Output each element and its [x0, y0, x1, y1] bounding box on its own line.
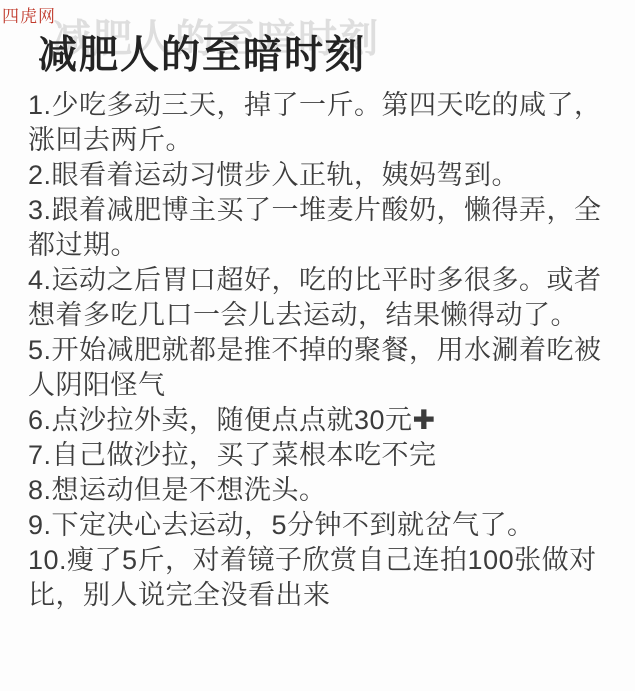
page-title: 减肥人的至暗时刻 — [38, 24, 366, 80]
text-content: 减肥人的至暗时刻 减肥人的至暗时刻 1.少吃多动三天，掉了一斤。第四天吃的咸了，… — [28, 24, 613, 613]
list-item: 1.少吃多动三天，掉了一斤。第四天吃的咸了，涨回去两斤。 — [28, 88, 613, 158]
list-item: 10.瘦了5斤，对着镜子欣赏自己连拍100张做对比，别人说完全没看出来 — [28, 543, 613, 613]
site-watermark: 四虎网 — [2, 7, 56, 27]
list-item: 3.跟着减肥博主买了一堆麦片酸奶，懒得弄，全都过期。 — [28, 193, 613, 263]
list-item: 6.点沙拉外卖，随便点点就30元✚ — [28, 403, 613, 438]
list-item: 5.开始减肥就都是推不掉的聚餐，用水涮着吃被人阴阳怪气 — [28, 333, 613, 403]
list-item: 8.想运动但是不想洗头。 — [28, 473, 613, 508]
title-block: 减肥人的至暗时刻 减肥人的至暗时刻 — [38, 24, 613, 76]
list-item: 9.下定决心去运动，5分钟不到就岔气了。 — [28, 508, 613, 543]
list-item: 7.自己做沙拉，买了菜根本吃不完 — [28, 438, 613, 473]
list-item: 2.眼看着运动习惯步入正轨，姨妈驾到。 — [28, 158, 613, 193]
list-item: 4.运动之后胃口超好，吃的比平时多很多。或者想着多吃几口一会儿去运动，结果懒得动… — [28, 263, 613, 333]
numbered-list: 1.少吃多动三天，掉了一斤。第四天吃的咸了，涨回去两斤。 2.眼看着运动习惯步入… — [28, 88, 613, 613]
screenshot-page: 四虎网 减肥人的至暗时刻 减肥人的至暗时刻 1.少吃多动三天，掉了一斤。第四天吃… — [0, 0, 635, 691]
